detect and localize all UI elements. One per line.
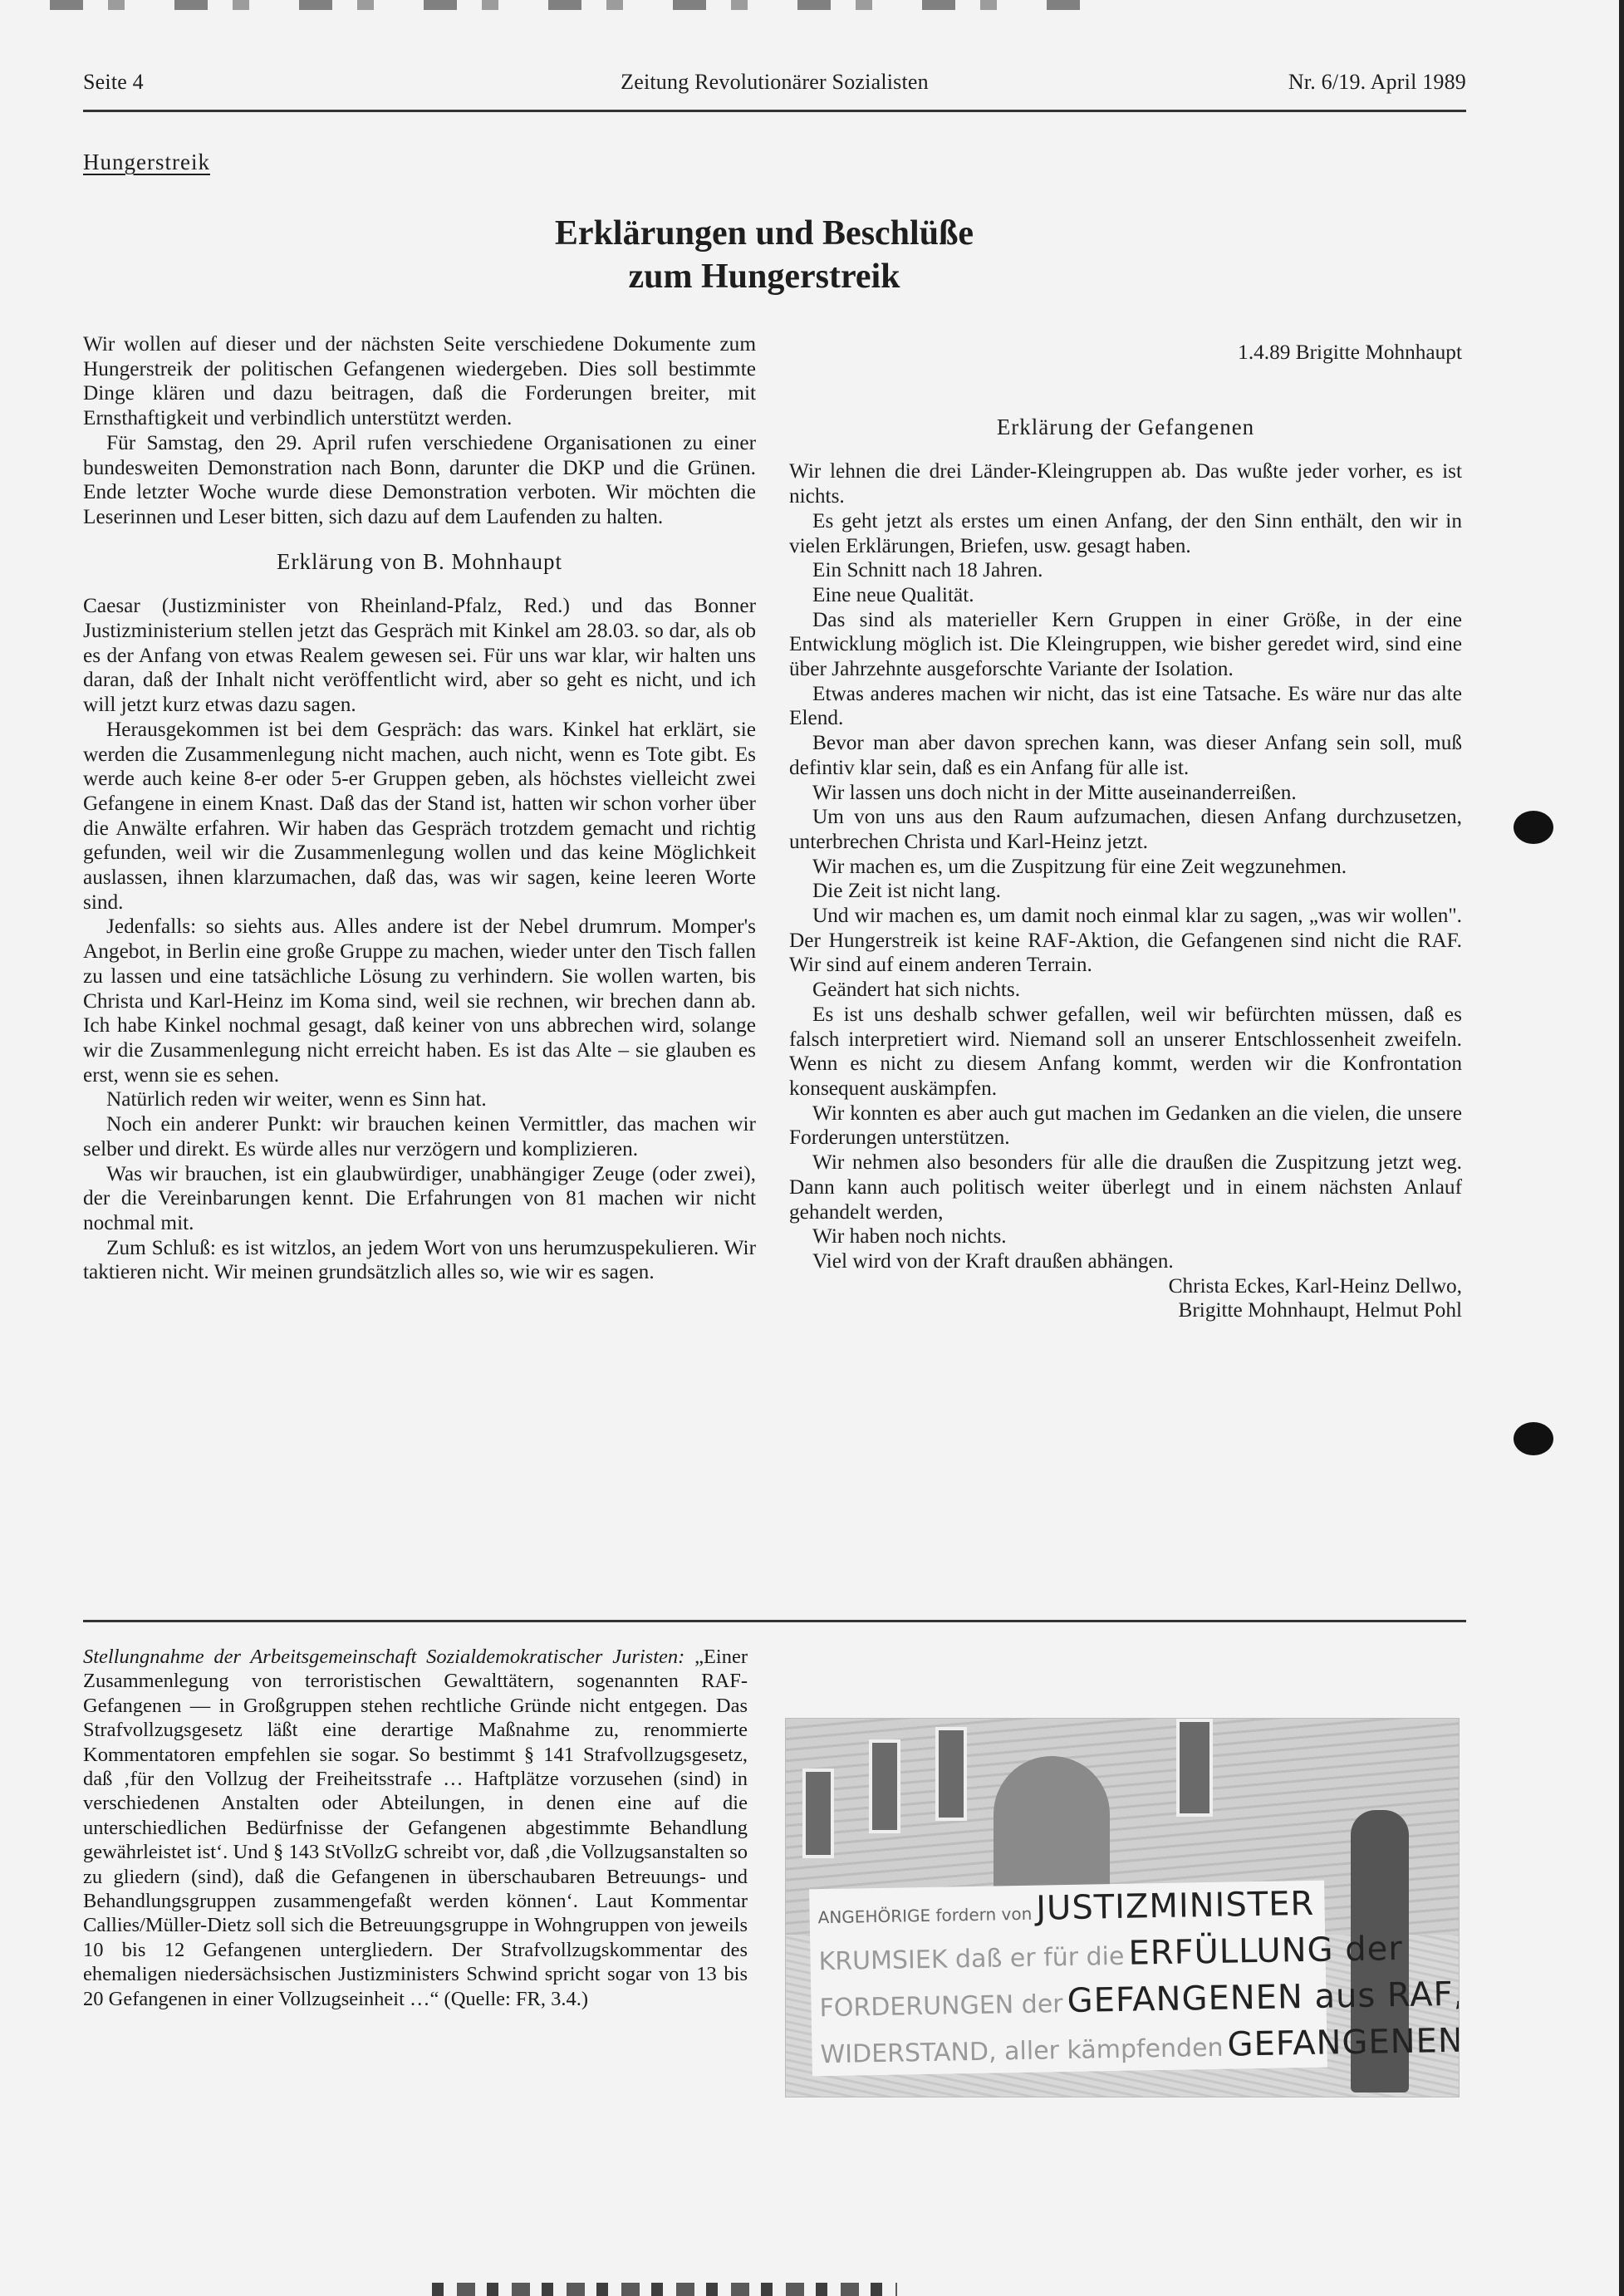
prisoners-paragraph: Das sind als materieller Kern Gruppen in… — [789, 608, 1462, 682]
page-number: Seite 4 — [83, 70, 144, 95]
prisoners-heading: Erklärung der Gefangenen — [789, 415, 1462, 440]
window — [802, 1769, 834, 1858]
header-rule — [83, 110, 1466, 112]
protest-banner: ANGEHÖRIGE fordern von JUSTIZMINISTER KR… — [809, 1881, 1327, 2077]
window — [1176, 1719, 1213, 1817]
box-lead: Stellungnahme der Arbeitsgemeinschaft So… — [83, 1646, 684, 1668]
prisoners-paragraph: Bevor man aber davon sprechen kann, was … — [789, 731, 1462, 780]
scan-artifact-bottom — [432, 2283, 897, 2296]
prisoners-paragraph: Viel wird von der Kraft draußen abhängen… — [789, 1249, 1462, 1274]
intro-paragraph: Für Samstag, den 29. April rufen verschi… — [83, 431, 756, 530]
mohnhaupt-paragraph: Natürlich reden wir weiter, wenn es Sinn… — [83, 1087, 756, 1112]
box-source: (Quelle: FR, 3.4.) — [444, 1988, 589, 2010]
prisoners-paragraph: Wir haben noch nichts. — [789, 1224, 1462, 1249]
banner-text: JUSTIZMINISTER — [1036, 1885, 1315, 1928]
prisoners-paragraph: Wir konnten es aber auch gut machen im G… — [789, 1101, 1462, 1150]
mohnhaupt-paragraph: Herausgekommen ist bei dem Gespräch: das… — [83, 718, 756, 915]
page-edge — [1619, 0, 1624, 2296]
prisoners-paragraph: Ein Schnitt nach 18 Jahren. — [789, 558, 1462, 583]
banner-text: ANGEHÖRIGE fordern von — [817, 1904, 1032, 1927]
scan-artifact-top — [50, 0, 1097, 10]
punch-hole — [1514, 811, 1553, 844]
prisoners-signature-2: Brigitte Mohnhaupt, Helmut Pohl — [789, 1298, 1462, 1323]
prisoners-paragraph: Und wir machen es, um damit noch einmal … — [789, 904, 1462, 978]
title-line-2: zum Hungerstreik — [332, 255, 1196, 298]
mohnhaupt-paragraph: Jedenfalls: so siehts aus. Alles andere … — [83, 915, 756, 1087]
prisoners-paragraph: Wir machen es, um die Zuspitzung für ein… — [789, 855, 1462, 880]
mohnhaupt-heading: Erklärung von B. Mohnhaupt — [83, 550, 756, 575]
issue-date: Nr. 6/19. April 1989 — [1288, 70, 1466, 95]
right-column: 1.4.89 Brigitte Mohnhaupt Erklärung der … — [789, 341, 1462, 1323]
banner-text: FORDERUNGEN der — [819, 1989, 1063, 2023]
jurists-statement-box: Stellungnahme der Arbeitsgemeinschaft So… — [83, 1645, 748, 2011]
section-divider — [83, 1620, 1466, 1622]
box-body: „Einer Zusammenlegung von terroristische… — [83, 1646, 748, 2010]
prisoners-paragraph: Es geht jetzt als erstes um einen Anfang… — [789, 509, 1462, 558]
prisoners-paragraph: Etwas anderes machen wir nicht, das ist … — [789, 682, 1462, 731]
prisoners-paragraph: Wir nehmen also besonders für alle die d… — [789, 1150, 1462, 1224]
prisoners-paragraph: Die Zeit ist nicht lang. — [789, 879, 1462, 904]
prisoners-paragraph: Es ist uns deshalb schwer gefallen, weil… — [789, 1003, 1462, 1101]
protest-photo: ANGEHÖRIGE fordern von JUSTIZMINISTER KR… — [785, 1718, 1460, 2097]
banner-text: GEFANGENEN aus RAF, — [1067, 1975, 1460, 2020]
banner-text: ERFÜLLUNG der — [1128, 1930, 1403, 1973]
article-title: Erklärungen und Beschlüße zum Hungerstre… — [332, 212, 1196, 298]
mohnhaupt-paragraph: Caesar (Justizminister von Rheinland-Pfa… — [83, 594, 756, 718]
prisoners-paragraph: Um von uns aus den Raum aufzumachen, die… — [789, 805, 1462, 854]
intro-paragraph: Wir wollen auf dieser und der nächsten S… — [83, 332, 756, 431]
page-header: Zeitung Revolutionärer Sozialisten Seite… — [83, 70, 1466, 103]
window — [935, 1727, 967, 1821]
left-column: Wir wollen auf dieser und der nächsten S… — [83, 332, 756, 1285]
prisoners-paragraph: Wir lassen uns doch nicht in der Mitte a… — [789, 781, 1462, 806]
mohnhaupt-paragraph: Noch ein anderer Punkt: wir brauchen kei… — [83, 1112, 756, 1161]
mohnhaupt-signature: 1.4.89 Brigitte Mohnhaupt — [789, 341, 1462, 365]
prisoners-signature-1: Christa Eckes, Karl-Heinz Dellwo, — [789, 1274, 1462, 1299]
window — [869, 1739, 900, 1833]
mohnhaupt-paragraph: Zum Schluß: es ist witzlos, an jedem Wor… — [83, 1236, 756, 1285]
banner-text: GEFANGENEN sorgt! — [1227, 2019, 1460, 2063]
mohnhaupt-paragraph: Was wir brauchen, ist ein glaubwürdiger,… — [83, 1162, 756, 1236]
newspaper-page: Zeitung Revolutionärer Sozialisten Seite… — [0, 0, 1624, 2296]
prisoners-paragraph: Geändert hat sich nichts. — [789, 978, 1462, 1003]
prisoners-paragraph: Eine neue Qualität. — [789, 583, 1462, 608]
title-line-1: Erklärungen und Beschlüße — [332, 212, 1196, 255]
banner-text: KRUMSIEK daß er für die — [818, 1942, 1124, 1976]
publication-name: Zeitung Revolutionärer Sozialisten — [83, 70, 1466, 95]
prisoners-paragraph: Wir lehnen die drei Länder-Kleingruppen … — [789, 459, 1462, 508]
section-label: Hungerstreik — [83, 150, 210, 175]
punch-hole — [1514, 1422, 1553, 1455]
banner-text: WIDERSTAND, aller kämpfenden — [820, 2034, 1224, 2069]
